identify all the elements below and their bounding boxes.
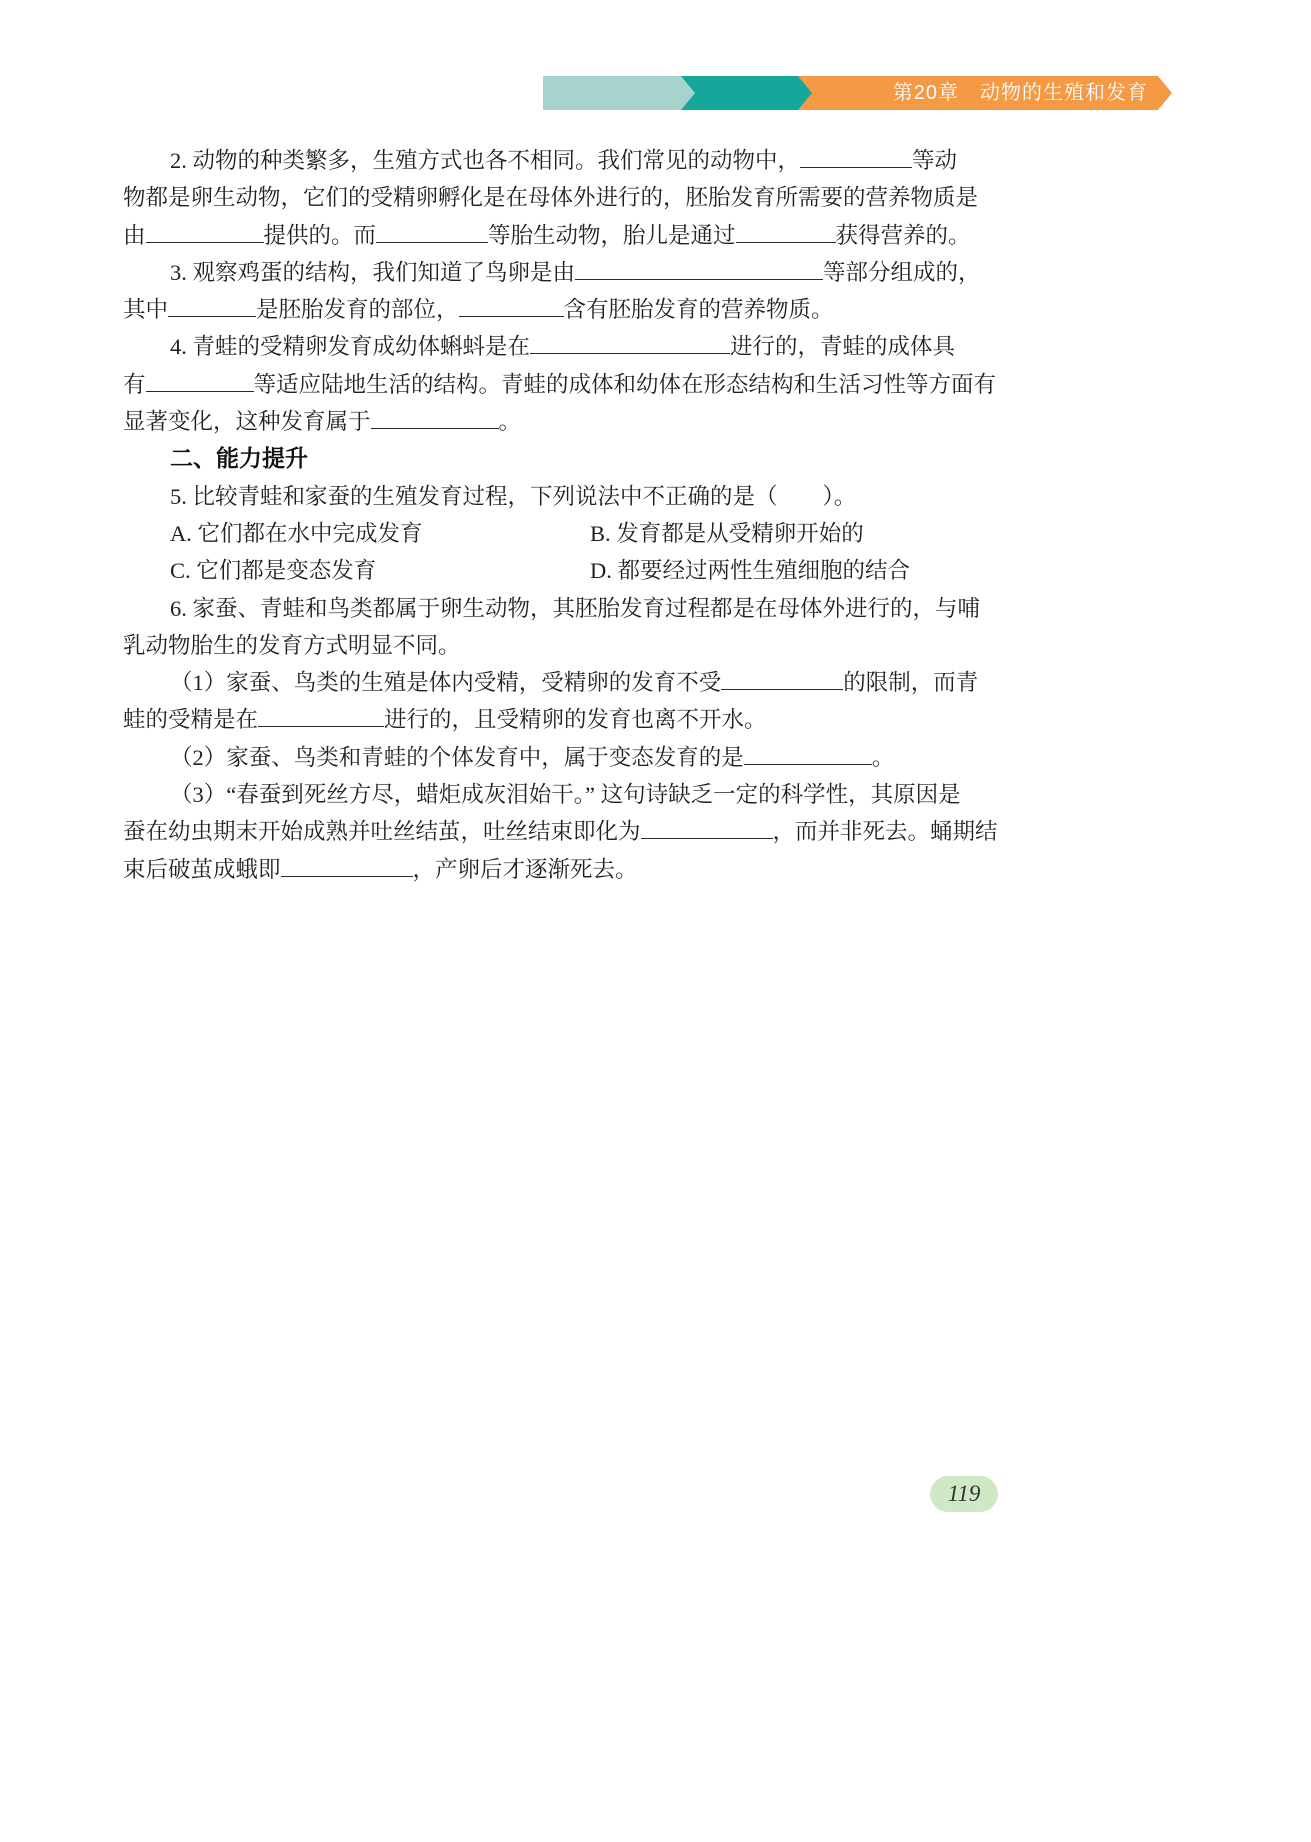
blank-underline (721, 667, 843, 690)
blank-underline (800, 145, 912, 168)
blank-underline (736, 220, 836, 243)
text-line: 蚕在幼虫期末开始成熟并吐丝结茧，吐丝结束即化为，而并非死去。蛹期结 (123, 813, 999, 850)
text-line: A. 它们都在水中完成发育B. 发育都是从受精卵开始的 (123, 515, 999, 552)
text-run: 等部分组成的， (823, 260, 981, 285)
text-line: 有等适应陆地生活的结构。青蛙的成体和幼体在形态结构和生活习性等方面有 (123, 366, 999, 403)
text-run: 等适应陆地生活的结构。青蛙的成体和幼体在形态结构和生活习性等方面有 (254, 372, 997, 397)
text-run: （2）家蚕、鸟类和青蛙的个体发育中，属于变态发育的是 (170, 745, 744, 770)
text-run: 。 (872, 745, 895, 770)
text-line: 蛙的受精是在进行的，且受精卵的发育也离不开水。 (123, 701, 999, 738)
text-run: （1）家蚕、鸟类的生殖是体内受精，受精卵的发育不受 (170, 670, 721, 695)
text-run: 的限制，而青 (843, 670, 978, 695)
text-run: 2. 动物的种类繁多，生殖方式也各不相同。我们常见的动物中， (170, 148, 800, 173)
text-run: 4. 青蛙的受精卵发育成幼体蝌蚪是在 (170, 334, 530, 359)
text-run: 是胚胎发育的部位， (256, 297, 459, 322)
text-run: 5. 比较青蛙和家蚕的生殖发育过程，下列说法中不正确的是（ ）。 (170, 484, 856, 509)
textbook-page: { "header": { "chapter": "第20章 动物的生殖和发育"… (0, 0, 1311, 1842)
text-run: 蛙的受精是在 (123, 707, 258, 732)
header-chevron-orange: 第20章 动物的生殖和发育 (778, 76, 1172, 110)
text-run: ，产卵后才逐渐死去。 (413, 857, 638, 882)
blank-underline (258, 704, 384, 727)
text-run: 进行的，青蛙的成体具 (730, 334, 955, 359)
option-label: A. 它们都在水中完成发育 (170, 515, 590, 552)
text-run: 等胎生动物，胎儿是通过 (488, 223, 736, 248)
blank-underline (530, 331, 730, 354)
text-run: 获得营养的。 (836, 223, 971, 248)
text-run: 3. 观察鸡蛋的结构，我们知道了鸟卵是由 (170, 260, 575, 285)
text-run: 显著变化，这种发育属于 (123, 409, 371, 434)
text-line: 6. 家蚕、青蛙和鸟类都属于卵生动物，其胚胎发育过程都是在母体外进行的，与哺 (123, 590, 999, 627)
text-run: 其中 (123, 297, 168, 322)
text-line: 由提供的。而等胎生动物，胎儿是通过获得营养的。 (123, 217, 999, 254)
text-run: 等动 (912, 148, 957, 173)
page-number-badge: 119 (930, 1476, 998, 1512)
header-chevron-light-teal (543, 76, 695, 110)
text-run: 含有胚胎发育的营养物质。 (564, 297, 834, 322)
text-line: 3. 观察鸡蛋的结构，我们知道了鸟卵是由等部分组成的， (123, 254, 999, 291)
section-heading: 二、能力提升 (123, 440, 999, 477)
text-run: 束后破茧成蛾即 (123, 857, 281, 882)
blank-underline (146, 220, 264, 243)
text-run: 提供的。而 (264, 223, 377, 248)
option-label: B. 发育都是从受精卵开始的 (590, 521, 864, 546)
blank-underline (744, 742, 872, 765)
text-line: 束后破茧成蛾即，产卵后才逐渐死去。 (123, 851, 999, 888)
text-run: 。 (499, 409, 522, 434)
text-run: 由 (123, 223, 146, 248)
blank-underline (146, 369, 254, 392)
text-run: 物都是卵生动物，它们的受精卵孵化是在母体外进行的，胚胎发育所需要的营养物质是 (123, 185, 978, 210)
text-line: 物都是卵生动物，它们的受精卵孵化是在母体外进行的，胚胎发育所需要的营养物质是 (123, 179, 999, 216)
text-line: （2）家蚕、鸟类和青蛙的个体发育中，属于变态发育的是。 (123, 739, 999, 776)
text-line: 其中是胚胎发育的部位，含有胚胎发育的营养物质。 (123, 291, 999, 328)
option-label: D. 都要经过两性生殖细胞的结合 (590, 558, 910, 583)
text-line: 4. 青蛙的受精卵发育成幼体蝌蚪是在进行的，青蛙的成体具 (123, 328, 999, 365)
chapter-title: 第20章 动物的生殖和发育 (893, 76, 1172, 110)
blank-underline (371, 406, 499, 429)
text-line: 2. 动物的种类繁多，生殖方式也各不相同。我们常见的动物中，等动 (123, 142, 999, 179)
text-run: 二、能力提升 (170, 445, 308, 471)
text-run: 进行的，且受精卵的发育也离不开水。 (384, 707, 767, 732)
page-number: 119 (948, 1481, 981, 1507)
text-line: 显著变化，这种发育属于。 (123, 403, 999, 440)
text-line: C. 它们都是变态发育D. 都要经过两性生殖细胞的结合 (123, 552, 999, 589)
text-line: 乳动物胎生的发育方式明显不同。 (123, 627, 999, 664)
blank-underline (459, 294, 564, 317)
text-run: （3）“春蚕到死丝方尽，蜡炬成灰泪始干。” 这句诗缺乏一定的科学性，其原因是 (170, 782, 961, 807)
blank-underline (281, 854, 413, 877)
text-run: 乳动物胎生的发育方式明显不同。 (123, 633, 461, 658)
blank-underline (641, 816, 773, 839)
blank-underline (376, 220, 488, 243)
text-line: （1）家蚕、鸟类的生殖是体内受精，受精卵的发育不受的限制，而青 (123, 664, 999, 701)
blank-underline (575, 257, 823, 280)
text-run: ，而并非死去。蛹期结 (773, 819, 998, 844)
text-line: （3）“春蚕到死丝方尽，蜡炬成灰泪始干。” 这句诗缺乏一定的科学性，其原因是 (123, 776, 999, 813)
blank-underline (168, 294, 256, 317)
text-line: 5. 比较青蛙和家蚕的生殖发育过程，下列说法中不正确的是（ ）。 (123, 478, 999, 515)
content: 2. 动物的种类繁多，生殖方式也各不相同。我们常见的动物中，等动物都是卵生动物，… (123, 142, 999, 888)
text-run: 6. 家蚕、青蛙和鸟类都属于卵生动物，其胚胎发育过程都是在母体外进行的，与哺 (170, 596, 980, 621)
text-run: 蚕在幼虫期末开始成熟并吐丝结茧，吐丝结束即化为 (123, 819, 641, 844)
text-run: 有 (123, 372, 146, 397)
option-label: C. 它们都是变态发育 (170, 552, 590, 589)
